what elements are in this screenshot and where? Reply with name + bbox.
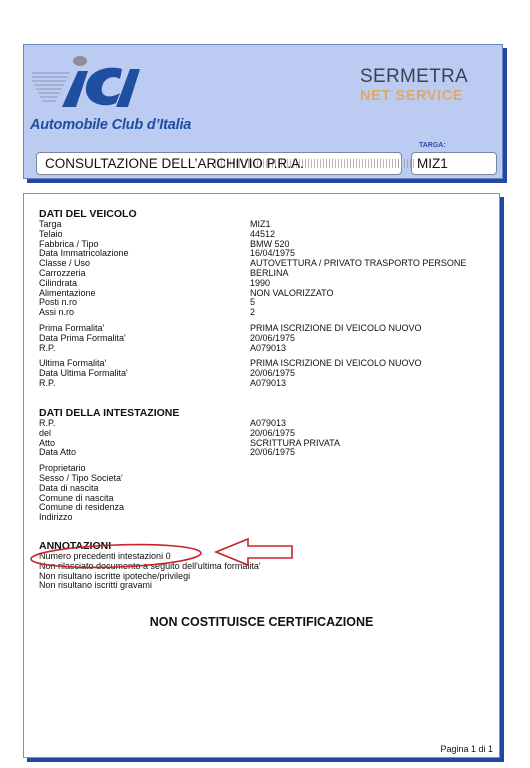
field-label: R.P. (39, 379, 55, 389)
field-value: A079013 (250, 344, 286, 354)
field-label: Indirizzo (39, 513, 73, 523)
section-annotazioni: ANNOTAZIONI Numero precedenti intestazio… (39, 541, 261, 591)
header-panel: Automobile Club d’Italia SERMETRA NET SE… (23, 44, 503, 179)
section-intestazione: DATI DELLA INTESTAZIONE R.P.A079013del20… (39, 408, 179, 523)
field-row: Indirizzo (39, 513, 179, 523)
field-value: NON VALORIZZATO (250, 289, 334, 299)
targa-field: MIZ1 (411, 152, 497, 175)
field-label: R.P. (39, 344, 55, 354)
club-name: Automobile Club d’Italia (30, 117, 191, 133)
field-row: del20/06/1975 (39, 429, 179, 439)
brand-line2: NET SERVICE (360, 87, 468, 105)
section-veicolo: DATI DEL VEICOLO TargaMIZ1Telaio44512Fab… (39, 209, 137, 389)
field-row: Data Atto20/06/1975 (39, 448, 179, 458)
targa-label: TARGA: (419, 142, 446, 149)
field-row: Assi n.ro2 (39, 308, 137, 318)
page-title: CONSULTAZIONE DELL’ARCHIVIO P.R.A. (45, 156, 304, 171)
field-label: Data Atto (39, 448, 76, 458)
aci-logo-icon (30, 51, 140, 115)
certification-notice: NON COSTITUISCE CERTIFICAZIONE (24, 615, 499, 629)
sermetra-brand: SERMETRA NET SERVICE (360, 67, 468, 105)
document-panel: DATI DEL VEICOLO TargaMIZ1Telaio44512Fab… (23, 193, 500, 758)
targa-value: MIZ1 (417, 156, 448, 171)
page-title-box: CONSULTAZIONE DELL’ARCHIVIO P.R.A. (36, 152, 402, 175)
targa-decoration (398, 159, 414, 168)
field-row: R.P.A079013 (39, 419, 179, 429)
field-row: R.P.A079013 (39, 344, 137, 354)
section-title-intestazione: DATI DELLA INTESTAZIONE (39, 408, 179, 419)
field-value: A079013 (250, 379, 286, 389)
page-number: Pagina 1 di 1 (440, 744, 493, 754)
field-label: Assi n.ro (39, 308, 74, 318)
brand-line1: SERMETRA (360, 67, 468, 87)
annotation-line: Non risultano iscritti gravami (39, 581, 261, 591)
field-row: R.P.A079013 (39, 379, 137, 389)
field-value: 2 (250, 308, 255, 318)
field-value: 20/06/1975 (250, 448, 295, 458)
